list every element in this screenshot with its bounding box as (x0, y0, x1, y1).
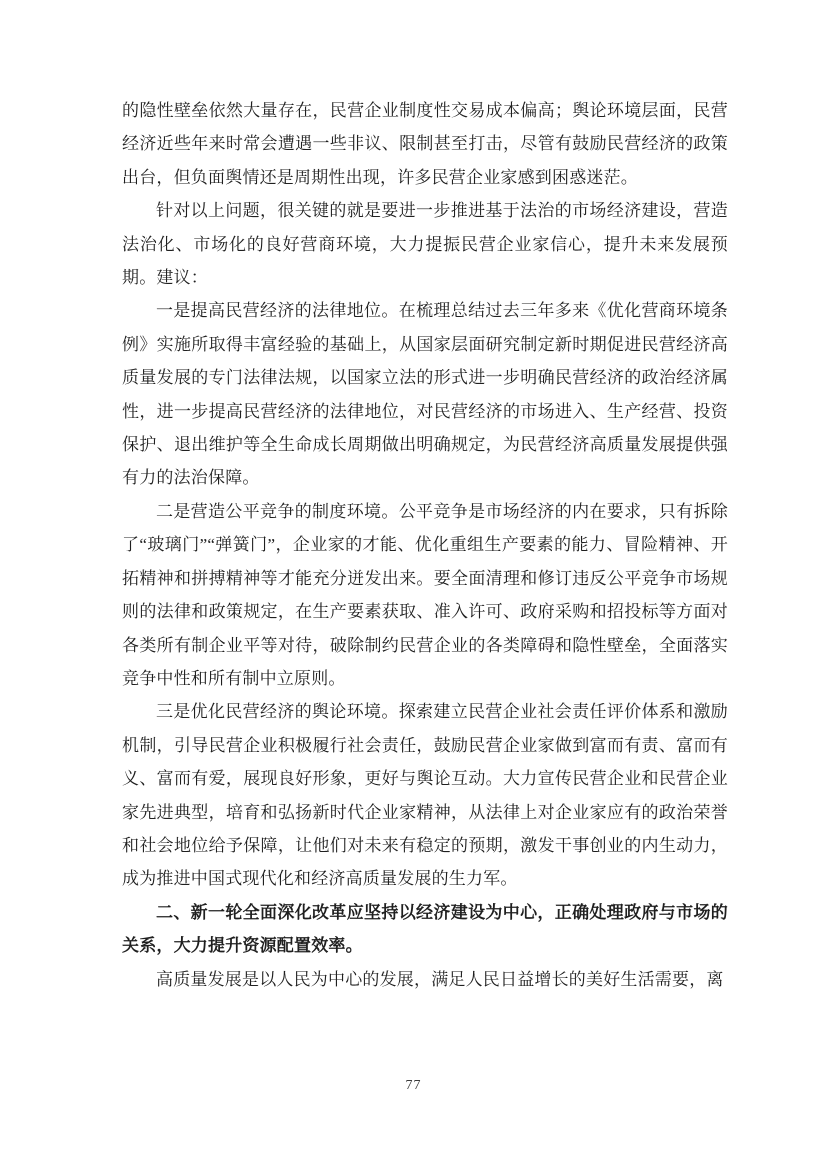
paragraph: 的隐性壁垒依然大量存在，民营企业制度性交易成本偏高；舆论环境层面，民营经济近些年… (122, 94, 728, 194)
paragraph: 高质量发展是以人民为中心的发展，满足人民日益增长的美好生活需要，离 (122, 963, 728, 996)
page-footer: 77 (0, 1076, 827, 1094)
document-body: 的隐性壁垒依然大量存在，民营企业制度性交易成本偏高；舆论环境层面，民营经济近些年… (122, 94, 728, 996)
page-number: 77 (406, 1078, 422, 1093)
paragraph: 二是营造公平竞争的制度环境。公平竞争是市场经济的内在要求，只有拆除了“玻璃门”“… (122, 495, 728, 695)
paragraph: 三是优化民营经济的舆论环境。探索建立民营企业社会责任评价体系和激励机制，引导民营… (122, 695, 728, 895)
paragraph: 针对以上问题，很关键的就是要进一步推进基于法治的市场经济建设，营造法治化、市场化… (122, 194, 728, 294)
document-page: 的隐性壁垒依然大量存在，民营企业制度性交易成本偏高；舆论环境层面，民营经济近些年… (0, 0, 827, 1169)
paragraph: 一是提高民营经济的法律地位。在梳理总结过去三年多来《优化营商环境条例》实施所取得… (122, 294, 728, 494)
section-heading: 二、新一轮全面深化改革应坚持以经济建设为中心，正确处理政府与市场的关系，大力提升… (122, 896, 728, 963)
